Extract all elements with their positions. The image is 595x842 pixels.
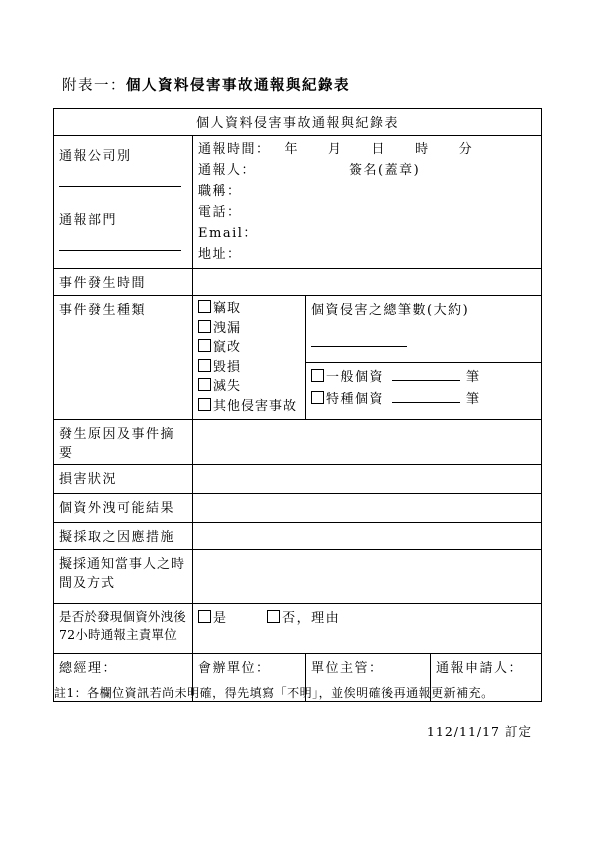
checkbox-special-data-icon[interactable] [311, 391, 324, 404]
possible-result-label: 個資外洩可能結果 [54, 494, 193, 523]
time-unit-year: 年 [285, 142, 300, 157]
incident-type-option: 其他侵害事故 [198, 397, 300, 417]
reporter-label: 通報人： [198, 163, 256, 178]
incident-type-option: 竊取 [198, 299, 300, 319]
breach-count-detail-cell: 一般個資筆 特種個資筆 [306, 363, 542, 420]
incident-report-form: 個人資料侵害事故通報與紀錄表 通報公司別 通報部門 通報時間：年月日時分 通報人… [53, 108, 542, 702]
yes-option: 是 [198, 611, 228, 626]
general-unit-label: 筆 [466, 370, 481, 385]
report-72h-options-cell: 是 否，理由 [193, 604, 542, 654]
notify-time-method-value-cell [193, 550, 542, 604]
possible-result-value-cell [193, 494, 542, 523]
address-label: 地址： [198, 244, 536, 265]
total-breach-count-label: 個資侵害之總筆數(大約) [311, 303, 469, 318]
email-label: Email： [198, 223, 536, 244]
total-count-line [311, 332, 536, 351]
checkbox-yes-icon[interactable] [198, 610, 211, 623]
checkbox-tamper-icon[interactable] [198, 339, 211, 352]
report-72h-label: 是否於發現個資外洩後 72小時通報主責單位 [54, 604, 193, 654]
special-data-label: 特種個資 [326, 392, 384, 407]
incident-type-option: 毀損 [198, 358, 300, 378]
incident-type-option: 竄改 [198, 338, 300, 358]
general-count-blank-line [392, 366, 460, 381]
revision-date: 112/11/17 訂定 [427, 722, 532, 740]
damage-status-value-cell [193, 465, 542, 494]
signature-label: 簽名(蓋章) [349, 163, 420, 178]
incident-type-options-cell: 竊取 洩漏 竄改 毀損 滅失 其他侵害事故 [193, 296, 306, 420]
response-measures-label: 擬採取之因應措施 [54, 523, 193, 550]
general-data-label: 一般個資 [326, 370, 384, 385]
time-unit-day: 日 [372, 142, 387, 157]
company-blank-line [59, 172, 181, 187]
time-unit-month: 月 [328, 142, 343, 157]
cause-summary-value-cell [193, 420, 542, 465]
special-unit-label: 筆 [466, 392, 481, 407]
page-title: 附表一：個人資料侵害事故通報與紀錄表 [62, 74, 350, 95]
time-unit-minute: 分 [459, 142, 474, 157]
incident-time-label: 事件發生時間 [54, 269, 193, 296]
checkbox-loss-icon[interactable] [198, 378, 211, 391]
checkbox-no-icon[interactable] [267, 610, 280, 623]
job-title-label: 職稱： [198, 181, 536, 202]
special-count-blank-line [392, 388, 460, 403]
report-time-label: 通報時間： [198, 142, 271, 157]
department-label: 通報部門 [59, 209, 187, 228]
checkbox-leak-icon[interactable] [198, 320, 211, 333]
response-measures-value-cell [193, 523, 542, 550]
department-blank-line [59, 236, 181, 251]
page-title-prefix: 附表一： [62, 78, 126, 94]
checkbox-general-data-icon[interactable] [311, 369, 324, 382]
phone-label: 電話： [198, 202, 536, 223]
reporter-contact-cell: 通報時間：年月日時分 通報人：簽名(蓋章) 職稱： 電話： Email： 地址： [193, 136, 542, 269]
incident-time-value-cell [193, 269, 542, 296]
reporter-line: 通報人：簽名(蓋章) [198, 160, 536, 181]
form-header: 個人資料侵害事故通報與紀錄表 [54, 109, 542, 136]
company-label: 通報公司別 [59, 145, 187, 164]
total-breach-count-cell: 個資侵害之總筆數(大約) [306, 296, 542, 363]
checkbox-theft-icon[interactable] [198, 300, 211, 313]
incident-type-option: 滅失 [198, 377, 300, 397]
cause-summary-label: 發生原因及事件摘要 [54, 420, 193, 465]
incident-type-label: 事件發生種類 [54, 296, 193, 420]
yes-label: 是 [213, 611, 228, 626]
incident-type-option: 洩漏 [198, 319, 300, 339]
total-count-blank-line [311, 332, 407, 347]
time-unit-hour: 時 [415, 142, 430, 157]
company-department-cell: 通報公司別 通報部門 [54, 136, 193, 269]
notify-time-method-label: 擬採通知當事人之時 間及方式 [54, 550, 193, 604]
checkbox-damage-icon[interactable] [198, 359, 211, 372]
report-time-line: 通報時間：年月日時分 [198, 139, 536, 160]
damage-status-label: 損害狀況 [54, 465, 193, 494]
special-data-line: 特種個資筆 [311, 388, 536, 410]
document-page: 附表一：個人資料侵害事故通報與紀錄表 個人資料侵害事故通報與紀錄表 通報公司別 … [0, 0, 595, 842]
general-data-line: 一般個資筆 [311, 366, 536, 388]
no-label: 否，理由 [282, 611, 340, 626]
checkbox-other-icon[interactable] [198, 398, 211, 411]
no-option: 否，理由 [267, 611, 340, 626]
page-title-main: 個人資料侵害事故通報與紀錄表 [126, 77, 350, 94]
footnote: 註1：各欄位資訊若尚未明確，得先填寫「不明」，並俟明確後再通報更新補充。 [54, 684, 494, 701]
